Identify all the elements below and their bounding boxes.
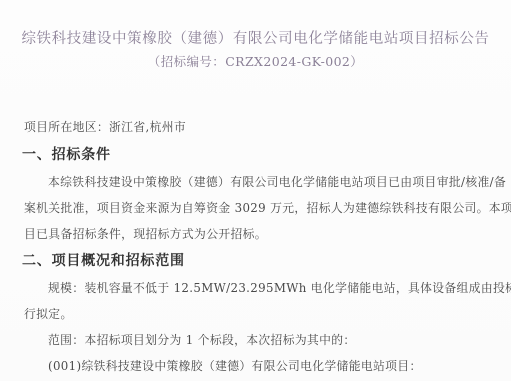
section-heading-project-overview: 二、项目概况和招标范围 [22, 250, 185, 270]
project-region-label: 项目所在地区： [24, 120, 109, 134]
paragraph-line-scope: 范围：本招标项目划分为 1 个标段，本次招标为其中的： [48, 331, 356, 348]
document-title: 综铁科技建设中策橡胶（建德）有限公司电化学储能电站项目招标公告 [0, 27, 511, 48]
paragraph-line: 目已具备招标条件，现招标方式为公开招标。 [24, 225, 267, 242]
paragraph-line-lot: (001)综铁科技建设中策橡胶（建德）有限公司电化学储能电站项目： [48, 357, 422, 374]
tender-number: （招标编号：CRZX2024-GK-002） [0, 52, 511, 70]
project-region-value: 浙江省,杭州市 [109, 120, 186, 134]
document-page: 综铁科技建设中策橡胶（建德）有限公司电化学储能电站项目招标公告 （招标编号：CR… [0, 0, 511, 381]
paragraph-line: 案机关批准，项目资金来源为自筹资金 3029 万元，招标人为建德综铁科技有限公司… [24, 199, 511, 216]
paragraph-line: 行拟定。 [24, 305, 73, 322]
paragraph-line-scale: 规模：装机容量不低于 12.5MW/23.295MWh 电化学储能电站，具体设备… [48, 279, 511, 296]
paragraph-line: 本综铁科技建设中策橡胶（建德）有限公司电化学储能电站项目已由项目审批/核准/备 [48, 173, 506, 190]
project-region: 项目所在地区：浙江省,杭州市 [24, 118, 186, 135]
section-heading-tender-conditions: 一、招标条件 [22, 144, 111, 164]
